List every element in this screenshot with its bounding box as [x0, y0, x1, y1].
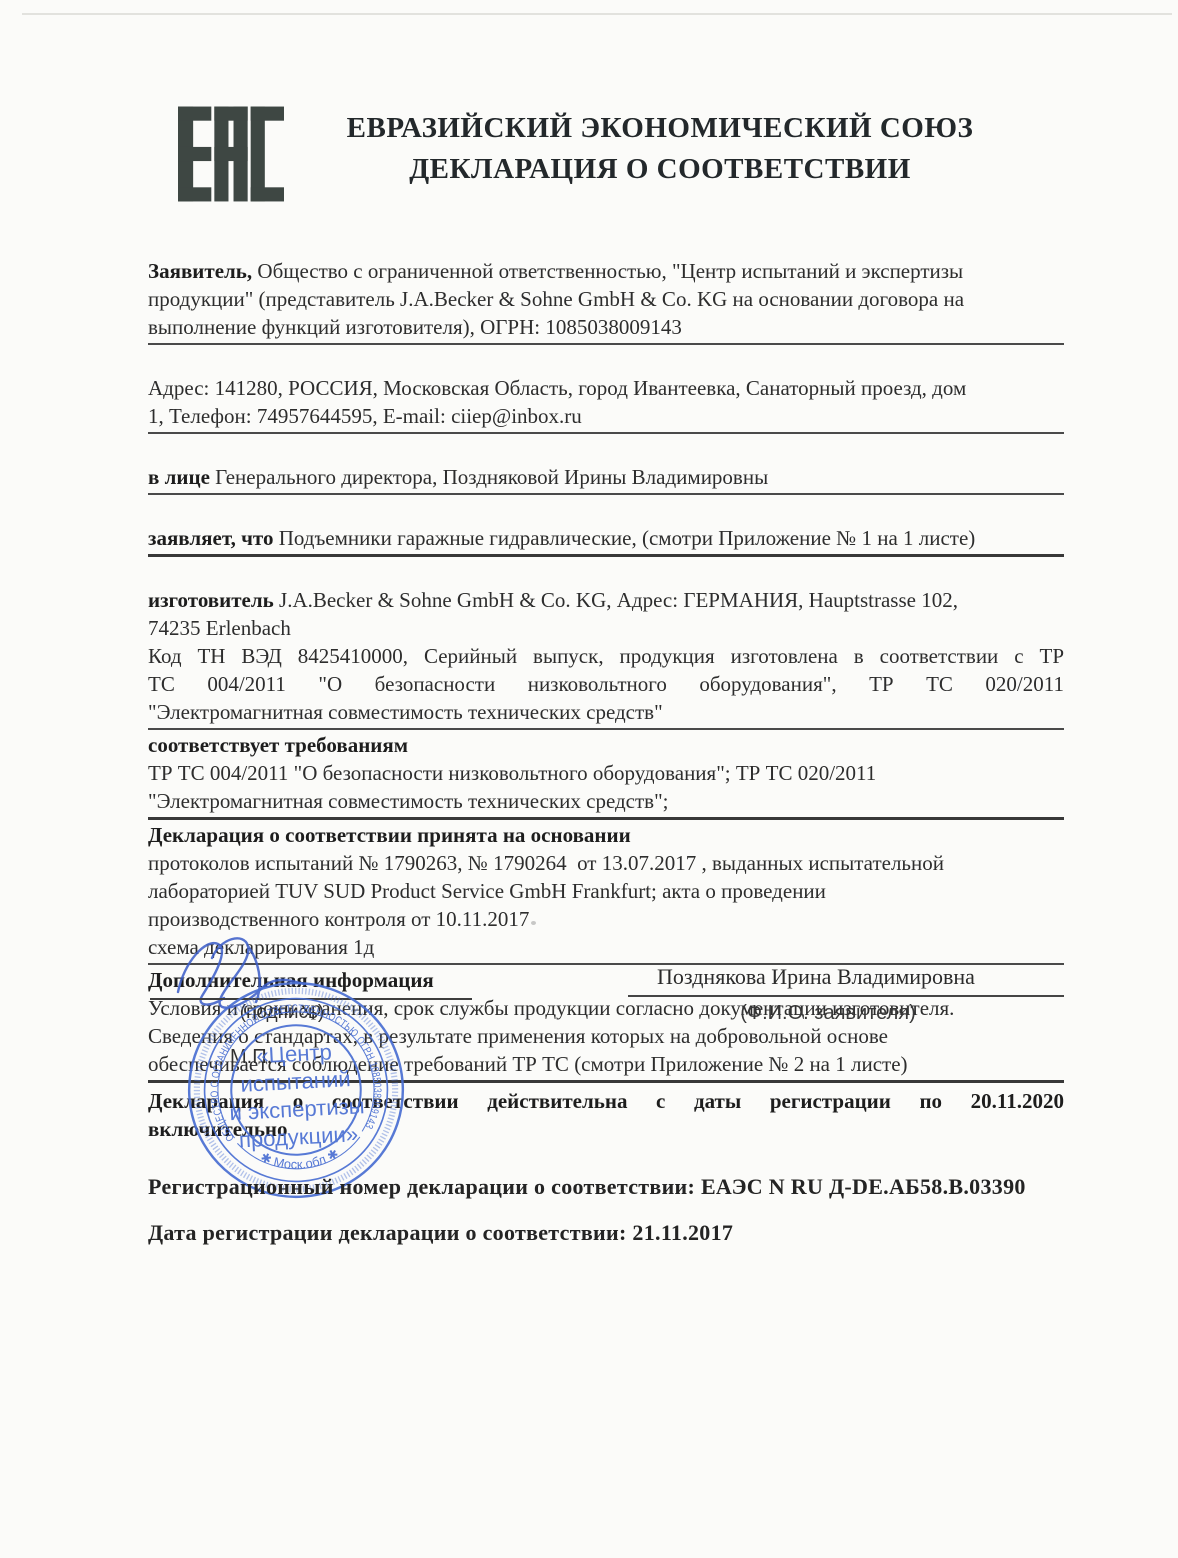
- registration-number: Регистрационный номер декларации о соотв…: [148, 1174, 1026, 1200]
- stamp-center-line-4: продукции»: [238, 1121, 358, 1152]
- applicant-fullname: Позднякова Ирина Владимировна: [628, 964, 1064, 990]
- stamp-center-line-2: испытаний: [240, 1066, 351, 1097]
- hs-code-last-line: "Электромагнитная совместимость техничес…: [148, 698, 1064, 726]
- row-applicant: Заявитель, Общество с ограниченной ответ…: [148, 228, 1064, 345]
- scan-artifact-line: [22, 13, 1172, 15]
- row-meets-requirements: соответствует требованиям ТР ТС 004/2011…: [148, 730, 1064, 820]
- title-line-declaration: ДЕКЛАРАЦИЯ О СООТВЕТСТВИИ: [300, 149, 1020, 190]
- row-declares: заявляет, что Подъемники гаражные гидрав…: [148, 495, 1064, 557]
- manufacturer-label: изготовитель: [148, 588, 274, 612]
- eac-logo-icon: [178, 106, 284, 202]
- address-text: Адрес: 141280, РОССИЯ, Московская Област…: [148, 376, 966, 428]
- fullname-line: [628, 995, 1064, 997]
- row-manufacturer: изготовитель J.A.Becker & Sohne GmbH & C…: [148, 557, 1064, 730]
- registration-date: Дата регистрации декларации о соответств…: [148, 1220, 733, 1246]
- row-address: Адрес: 141280, РОССИЯ, Московская Област…: [148, 345, 1064, 434]
- declares-text: Подъемники гаражные гидравлические, (смо…: [273, 526, 975, 550]
- hs-code-paragraph: Код ТН ВЭД 8425410000, Серийный выпуск, …: [148, 642, 1064, 698]
- stamp-center-line-1: «Центр: [256, 1039, 333, 1068]
- declares-label: заявляет, что: [148, 526, 273, 550]
- meets-heading: соответствует требованиям: [148, 731, 1064, 759]
- fullname-caption: (Ф.И.О. заявителя): [628, 1002, 1028, 1025]
- row-in-person: в лице Генерального директора, Поздняков…: [148, 434, 1064, 495]
- in-person-label: в лице: [148, 465, 210, 489]
- company-stamp: ОБЩЕСТВО С ОГРАНИЧЕННОЙ ОТВЕТСТВЕННОСТЬЮ…: [183, 977, 409, 1203]
- applicant-text: Общество с ограниченной ответственностью…: [148, 259, 964, 339]
- title-line-union: ЕВРАЗИЙСКИЙ ЭКОНОМИЧЕСКИЙ СОЮЗ: [300, 108, 1020, 149]
- in-person-text: Генерального директора, Поздняковой Ирин…: [210, 465, 768, 489]
- manufacturer-paragraph: изготовитель J.A.Becker & Sohne GmbH & C…: [148, 558, 1064, 642]
- meets-text: ТР ТС 004/2011 "О безопасности низковоль…: [148, 759, 1064, 815]
- document-title: ЕВРАЗИЙСКИЙ ЭКОНОМИЧЕСКИЙ СОЮЗ ДЕКЛАРАЦИ…: [300, 108, 1020, 190]
- document-page: ЕВРАЗИЙСКИЙ ЭКОНОМИЧЕСКИЙ СОЮЗ ДЕКЛАРАЦИ…: [0, 0, 1178, 1558]
- scan-artifact-dot: [531, 921, 536, 925]
- basis-heading: Декларация о соответствии принята на осн…: [148, 821, 1064, 849]
- stamp-center-line-3: и экспертизы: [229, 1093, 365, 1125]
- applicant-label: Заявитель,: [148, 259, 252, 283]
